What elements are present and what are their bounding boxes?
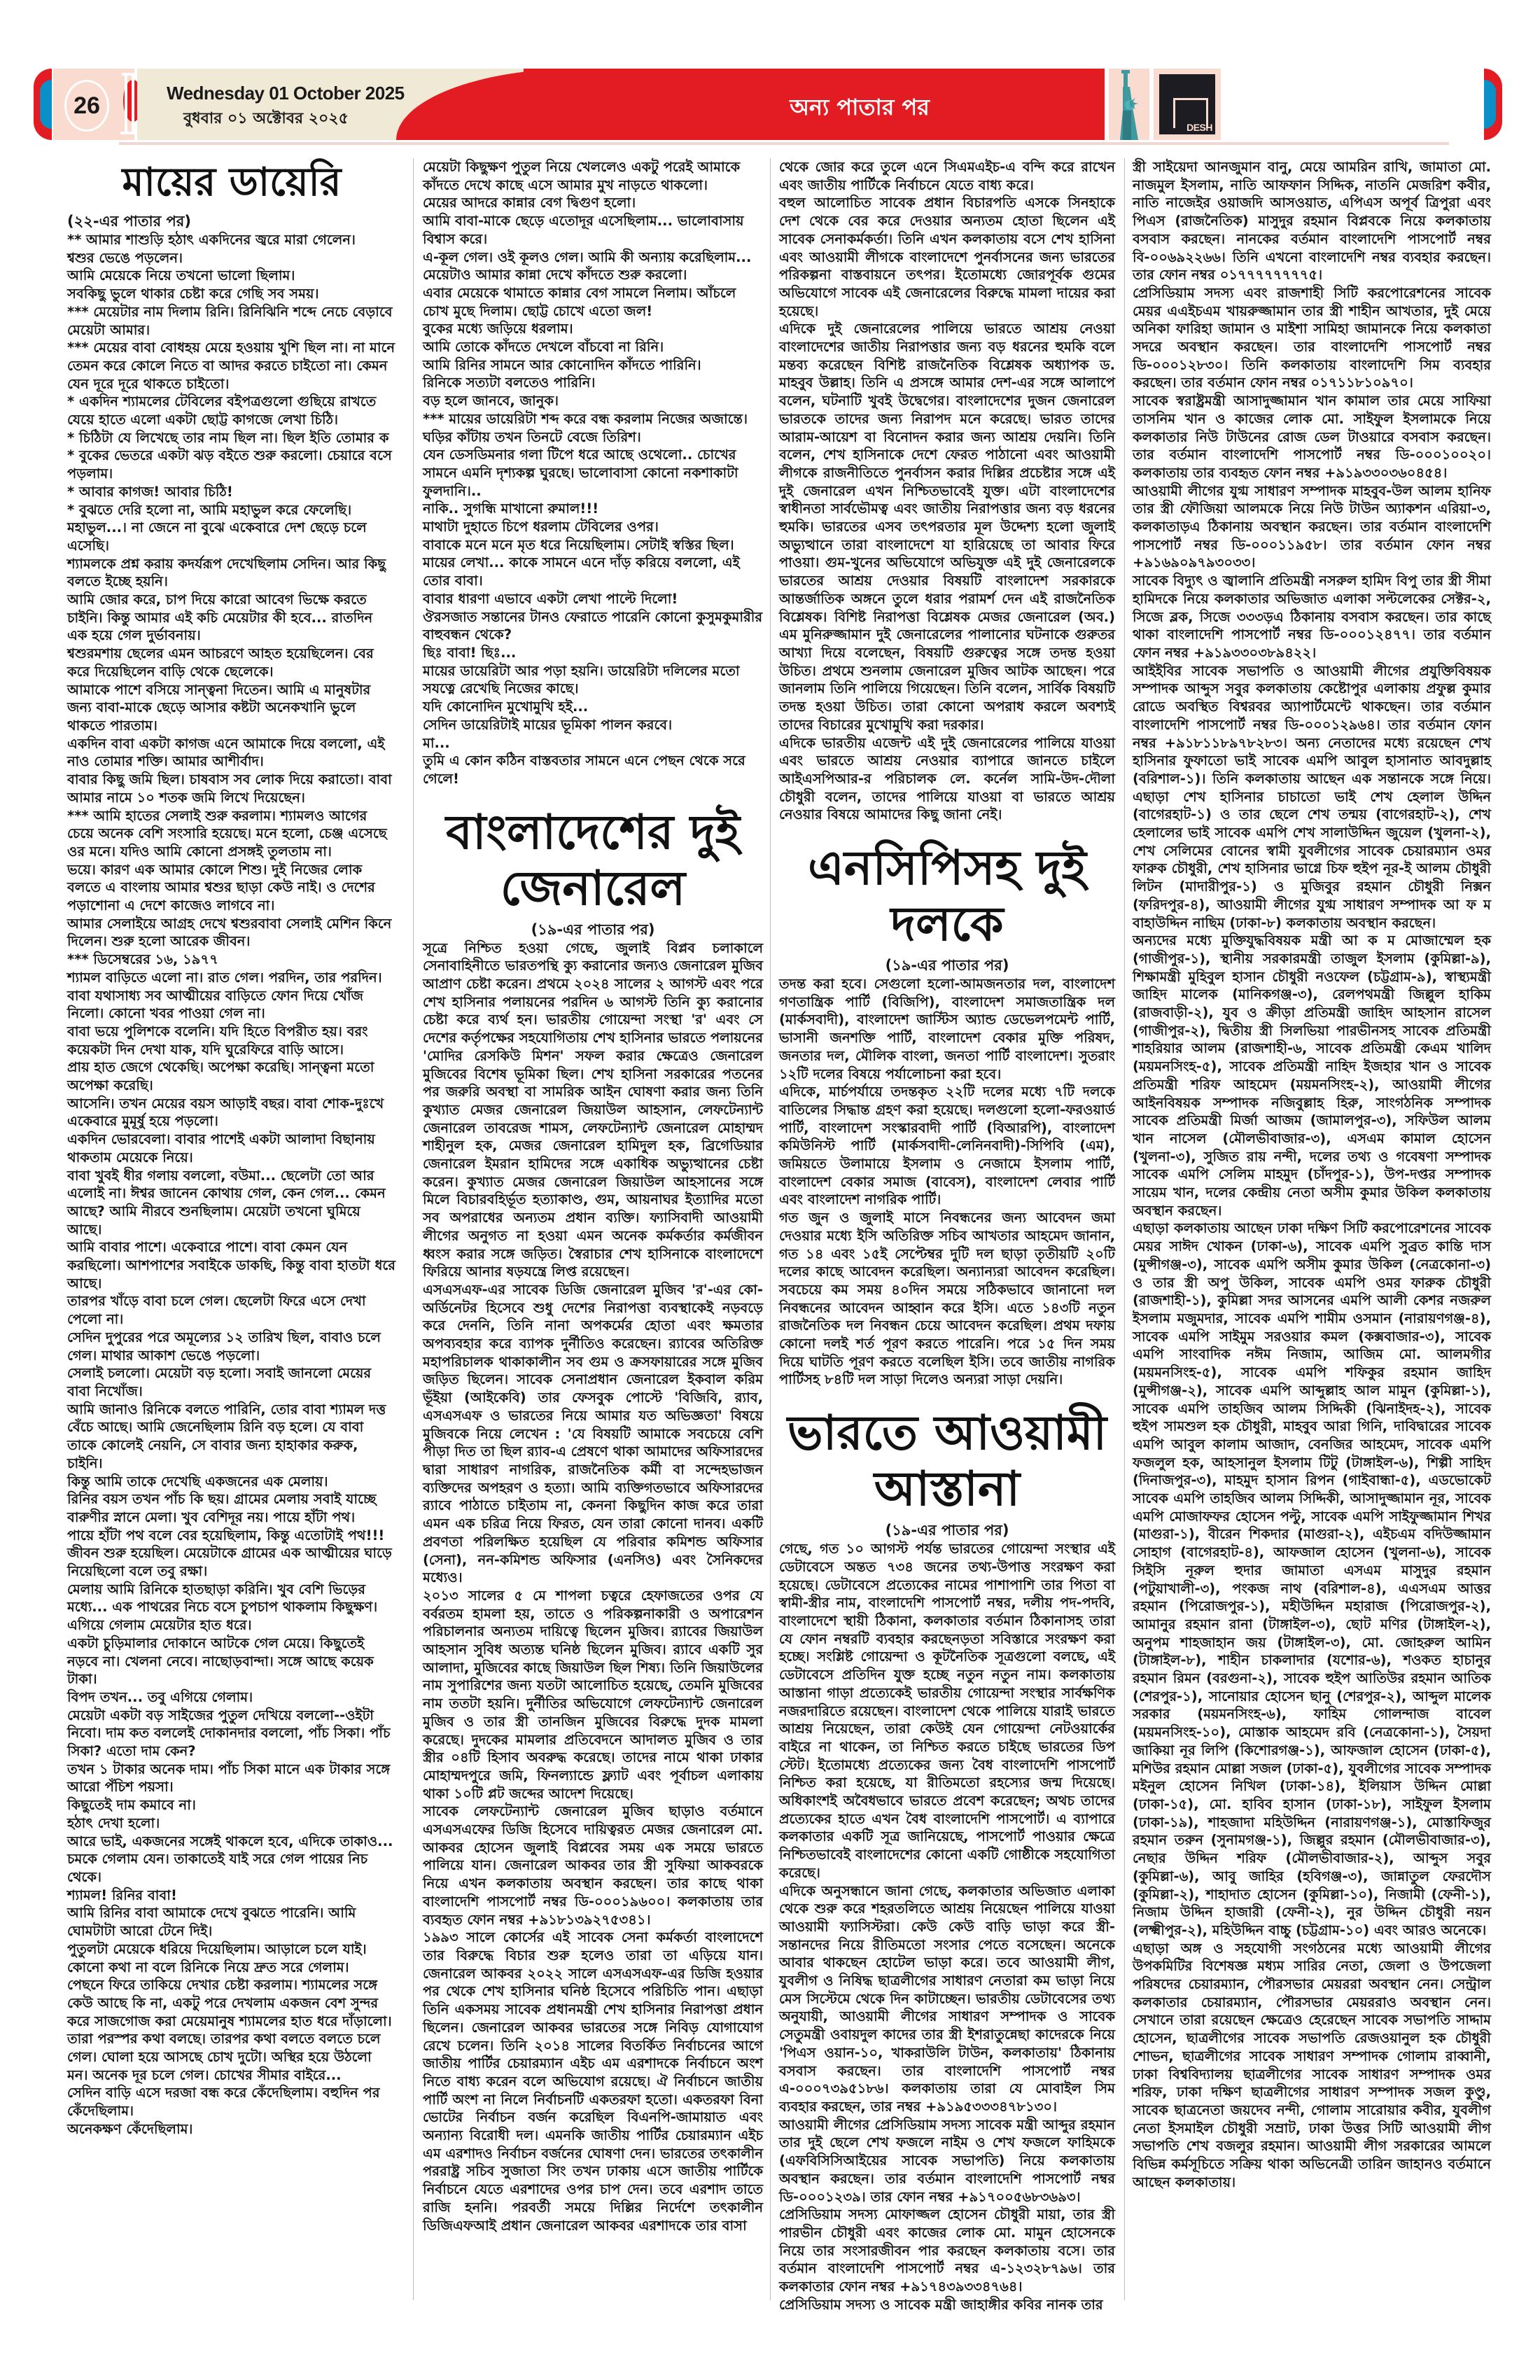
continued-from-note: (২২-এর পাতার পর) <box>67 211 396 231</box>
paragraph: সাবেক স্বরাষ্ট্রমন্ত্রী আসাদুজ্জামান খান… <box>1133 392 1491 482</box>
paragraph: প্রেসিডিয়াম সদস্য মোফাজ্জল হোসেন চৌধুরী… <box>779 2206 1115 2296</box>
column-divider <box>1124 158 1125 2300</box>
paragraph: * চিঠিটা যে লিখেছে তার নাম ছিল না। ছিল ই… <box>67 429 396 447</box>
paragraph: মেলায় আমি রিনিকে হাতছাড়া করিনি। খুব বে… <box>67 1581 396 1616</box>
paragraph: তারা পরস্পর কথা বলছে। তারপর কথা বলতে বলত… <box>67 2030 396 2084</box>
paragraph: আমি বাবা-মাকে ছেড়ে এতোদূর এসেছিলাম... ভ… <box>423 212 763 230</box>
article-headline: বাংলাদেশের দুই জেনারেল <box>423 805 763 917</box>
column-divider <box>413 158 414 2300</box>
paragraph: এবার মেয়েকে থামাতে কান্নার বেগ সামলে নি… <box>423 284 763 320</box>
paragraph: আমার সেলাইয়ে আগ্রহ দেখে শ্বশুরবাবা সেলা… <box>67 915 396 951</box>
paragraph: আওয়ামী লীগের যুগ্ম সাধারণ সম্পাদক মাহবু… <box>1133 482 1491 573</box>
paragraph: এছাড়া অঙ্গ ও সহযোগী সংগঠনের মধ্যে আওয়া… <box>1133 1940 1491 2192</box>
article-mayer-diary: মায়ের ডায়েরি (২২-এর পাতার পর) ** আমার … <box>67 158 396 2138</box>
page-number: 26 <box>64 80 109 132</box>
continued-from-note: (১৯-এর পাতার পর) <box>779 955 1115 975</box>
paragraph: মেয়েটা একটা বড় সাইজের পুতুল দেখিয়ে বল… <box>67 1707 396 1760</box>
paragraph: একদিন বাবা একটা কাগজ এনে আমাকে দিয়ে বলল… <box>67 735 396 771</box>
section-title: অন্য পাতার পর <box>727 90 993 127</box>
paragraph: *** আমি হাতের সেলাই শুরু করলাম। শ্যামলও … <box>67 807 396 861</box>
paragraph: আসেনি। তখন মেয়ের বয়স আড়াই বছর। বাবা শ… <box>67 1095 396 1130</box>
article-headline: এনসিপিসহ দুই দলকে <box>779 841 1115 953</box>
article-headline: ভারতে আওয়ামী আস্তানা <box>779 1406 1115 1518</box>
paragraph: বাবার কিছু জমি ছিল। চাষবাস সব লোক দিয়ে … <box>67 771 396 806</box>
paragraph: থেকে জোর করে তুলে এনে সিএমএইচ-এ বন্দি কর… <box>779 158 1115 194</box>
paragraph: যদি কোনোদিন মুখোমুখি হই... <box>423 698 763 716</box>
paragraph: কিছুতেই দাম কমাবে না। <box>67 1796 396 1814</box>
desh-logo-icon: DESH <box>1154 69 1221 140</box>
paragraph: তারপর খাঁড়ে বাবা চলে গেল। ছেলেটা ফিরে এ… <box>67 1292 396 1328</box>
paragraph: মায়ের লেখা... কাকে সামনে এনে দাঁড় করিয… <box>423 554 763 589</box>
paragraph: সাবেক লেফটেন্যান্ট জেনারেল মুজিব ছাড়াও … <box>423 1802 763 1928</box>
paragraph: * বুকের ভেতরে একটা ঝড় বইতে শুরু করলো। চ… <box>67 447 396 482</box>
logo-text: DESH <box>1186 122 1212 133</box>
paragraph: শ্যামলকে প্রশ্ন করায় কদর্যরূপ দেখেছিলাম… <box>67 555 396 591</box>
paragraph: বিপদ তখন... তবু এগিয়ে গেলাম। <box>67 1688 396 1707</box>
paragraph: মায়ের ডায়েরিটা আর পড়া হয়নি। ডায়েরিট… <box>423 662 763 698</box>
paragraph: একটা চুড়িমালার দোকানে আটকে গেল মেয়ে। ক… <box>67 1634 396 1688</box>
paragraph: পায়ে হাঁটা পথ বলে বের হয়েছিলাম, কিন্তু… <box>67 1527 396 1581</box>
paragraph: হঠাৎ দেখা হলো। <box>67 1814 396 1833</box>
paragraph: আমি জোর করে, চাপ দিয়ে কারো আবেগ ভিক্ষে … <box>67 591 396 645</box>
paragraph: বড় হলে জানবে, জানুক। <box>423 392 763 410</box>
paragraph: কিন্তু আমি তাকে দেখেছি একজনের এক মেলায়। <box>67 1473 396 1491</box>
paragraph: মেয়ের আদরে কান্নার বেগ দ্বিগুণ হলো। <box>423 194 763 212</box>
paragraph: একদিন ভোরবেলা। বাবার পাশেই একটা আলাদা বি… <box>67 1130 396 1166</box>
paragraph: সেদিন দুপুরের পরে অমূল্যের ১২ তারিখ ছিল,… <box>67 1329 396 1364</box>
paragraph: ** আমার শাশুড়ি হঠাৎ একদিনের জ্বরে মারা … <box>67 231 396 249</box>
continued-from-note: (১৯-এর পাতার পর) <box>423 920 763 939</box>
paragraph: এদিকে দুই জেনারেলের পালিয়ে ভারতে আশ্রয়… <box>779 320 1115 734</box>
paragraph: তখন ১ টাকার অনেক দাম। পাঁচ সিকা মানে এক … <box>67 1760 396 1796</box>
paragraph: আমি রিনির বাবা আমাকে দেখে বুঝতে পারেনি। … <box>67 1904 396 1940</box>
paragraph: আমি জানাও রিনিকে বলতে পারিনি, তোর বাবা শ… <box>67 1401 396 1473</box>
paragraph: প্রেসিডিয়াম সদস্য ও সাবেক মন্ত্রী জাহাঙ… <box>779 2296 1115 2314</box>
paragraph: সূত্রে নিশ্চিত হওয়া গেছে, জুলাই বিপ্লব … <box>423 939 763 1281</box>
paragraph: প্রেসিডিয়াম সদস্য এবং রাজশাহী সিটি করপো… <box>1133 284 1491 392</box>
paragraph: বিশ্বাস করে। <box>423 230 763 248</box>
paragraph: সেলাই চললো। মেয়েটা বড় হলো। সবাই জানলো … <box>67 1364 396 1400</box>
paragraph: যেন ডেসডিমনার গলা টিপে ধরে আছে ওথেলো.. চ… <box>423 446 763 500</box>
paragraph: বাবার ধারণা এভাবে একটা লেখা পাল্টে দিলো! <box>423 590 763 608</box>
paragraph: তদন্ত করা হবে। সেগুলো হলো-আমজনতার দল, বা… <box>779 975 1115 1083</box>
paragraph: *** ডিসেম্বরের ১৬, ১৯৭৭ <box>67 951 396 969</box>
paragraph: ঘড়ির কাঁটায় তখন তিনটে বেজে তিরিশ। <box>423 428 763 447</box>
paragraph: বাবাকে মনে মনে মৃত ধরে নিয়েছিলাম। সেটাই… <box>423 536 763 554</box>
paragraph: রিনির বয়স তখন পাঁচ কি ছয়। গ্রামের মেলা… <box>67 1490 396 1526</box>
date-english: Wednesday 01 October 2025 <box>167 83 405 104</box>
header-left-cap <box>34 69 52 140</box>
paragraph: ভয়ে। কারণ এক আমার কোলে শিশু। দুই নিজের … <box>67 861 396 915</box>
date-bangla: বুধবার ০১ অক্টোবর ২০২৫ <box>183 106 349 132</box>
paragraph: গত জুন ও জুলাই মাসে নিবন্ধনের জন্য আবেদন… <box>779 1209 1115 1389</box>
paragraph: আওয়ামী লীগের প্রেসিডিয়াম সদস্য সাবেক ম… <box>779 2116 1115 2206</box>
paragraph: আইইবির সাবেক সভাপতি ও আওয়ামী লীগের প্রয… <box>1133 662 1491 932</box>
header-rule <box>119 142 1449 145</box>
paragraph: সবকিছু ভুলে থাকার চেষ্টা করে গেছি সব সময… <box>67 285 396 303</box>
paragraph: আমাকে পাশে বসিয়ে সান্ত্বনা দিতেন। আমি এ… <box>67 681 396 735</box>
paragraph: আমি রিনির সামনে আর কোনোদিন কাঁদতে পারিনি… <box>423 356 763 374</box>
article-headline: মায়ের ডায়েরি <box>67 160 396 206</box>
paragraph: মেয়েটা কিছুক্ষণ পুতুল নিয়ে খেললেও একটু… <box>423 158 763 194</box>
paragraph: সেদিন বাড়ি এসে দরজা বন্ধ করে কেঁদেছিলাম… <box>67 2084 396 2120</box>
paragraph: শ্যামল বাড়িতে এলো না। রাত গেল। পরদিন, ত… <box>67 969 396 1023</box>
paragraph: ঔরসজাত সন্তানের টানও ফেরাতে পারেনি কোনো … <box>423 608 763 644</box>
paragraph: সাবেক বিদ্যুৎ ও জ্বালানি প্রতিমন্ত্রী নস… <box>1133 572 1491 662</box>
column-four: স্ত্রী সাইয়েদা আনজুমান বানু, মেয়ে আমরি… <box>1133 158 1491 2191</box>
paragraph: এদিকে ভারতীয় এজেন্ট এই দুই জেনারেলের পা… <box>779 734 1115 825</box>
paragraph: আরে ভাই, একজনের সঙ্গেই থাকলে হবে, এদিকে … <box>67 1833 396 1886</box>
paragraph: বুকের মধ্যে জড়িয়ে ধরলাম। <box>423 320 763 338</box>
column-divider <box>770 158 771 2300</box>
paragraph: অনেকক্ষণ কেঁদেছিলাম। <box>67 2120 396 2138</box>
paragraph: * একদিন শ্যামলের টেবিলের বইপত্রগুলো গুছি… <box>67 393 396 428</box>
paragraph: প্রায় হাত জেগে থেকেছি। অপেক্ষা করেছি। স… <box>67 1058 396 1094</box>
paragraph: এসএসএফ-এর সাবেক ডিজি জেনারেল মুজিব 'র'-এ… <box>423 1281 763 1587</box>
column-three: থেকে জোর করে তুলে এনে সিএমএইচ-এ বন্দি কর… <box>779 158 1115 2313</box>
paragraph: *** মেয়েটার নাম দিলাম রিনি। রিনিঝিনি শব… <box>67 303 396 339</box>
paragraph: শ্বশুর ভেঙে পড়লেন। <box>67 249 396 267</box>
paragraph: মাথাটা দুহাতে চিপে ধরলাম টেবিলের ওপর। <box>423 518 763 536</box>
paragraph: এদিকে, মার্চপর্যায়ে তদন্তকৃত ২২টি দলের … <box>779 1083 1115 1209</box>
paragraph: বাবা খুবই ধীর গলায় বললো, বউমা... ছেলেটা… <box>67 1167 396 1239</box>
paragraph: সেদিন ডায়েরিটাই মায়ের ভূমিকা পালন করবে… <box>423 716 763 734</box>
paragraph: মেয়েটাও আমার কান্না দেখে কাঁদতে শুরু কর… <box>423 266 763 284</box>
paragraph: বাবা ভয়ে পুলিশকে বলেনি। যদি হিতে বিপরীত… <box>67 1023 396 1058</box>
paragraph: ১৯৯৩ সালে কোর্সের এই সাবেক সেনা কর্মকর্ত… <box>423 1928 763 2234</box>
paragraph: তুমি এ কোন কঠিন বাস্তবতার সামনে এনে পেছন… <box>423 752 763 787</box>
paragraph: মা... <box>423 734 763 752</box>
paragraph: আমি মেয়েকে নিয়ে তখনো ভালো ছিলাম। <box>67 267 396 285</box>
paragraph: এগিয়ে গেলাম মেয়েটার হাত ধরে। <box>67 1616 396 1634</box>
paragraph: এ-কূল গেল। ওই কূলও গেল। আমি কী অন্যায় ক… <box>423 248 763 267</box>
paragraph: রিনিকে সত্যটা বলতেও পারিনি। <box>423 374 763 392</box>
paragraph: গেছে, গত ১০ আগস্ট পর্যন্ত ভারতের গোয়েন্… <box>779 1540 1115 1882</box>
paragraph: স্ত্রী সাইয়েদা আনজুমান বানু, মেয়ে আমরি… <box>1133 158 1491 284</box>
paragraph: আমি তোকে কাঁদতে দেখলে বাঁচবো না রিনি। <box>423 338 763 356</box>
paragraph: বহুল আলোচিত সাবেক প্রধান বিচারপতি এসকে স… <box>779 194 1115 320</box>
continued-from-note: (১৯-এর পাতার পর) <box>779 1520 1115 1540</box>
page-number-box: 26 <box>53 69 134 140</box>
paragraph: অন্যদের মধ্যে মুক্তিযুদ্ধবিষয়ক মন্ত্রী … <box>1133 932 1491 1219</box>
paragraph: পুতুলটা মেয়েকে ধরিয়ে দিয়েছিলাম। আড়াল… <box>67 1940 396 1976</box>
paragraph: * বুঝতে দেরি হলো না, আমি মহাভুল করে ফেলে… <box>67 501 396 555</box>
paragraph: শ্বশুরমশায় ছেলের এমন আচরণে আহত হয়েছিলে… <box>67 645 396 680</box>
paragraph: এছাড়া কলকাতায় আছেন ঢাকা দক্ষিণ সিটি কর… <box>1133 1219 1491 1939</box>
paragraph: আমি বাবার পাশে। একেবারে পাশে। বাবা কেমন … <box>67 1238 396 1292</box>
paragraph: ২০১৩ সালের ৫ মে শাপলা চত্বরে হেফাজতের ওপ… <box>423 1587 763 1802</box>
column-two: মেয়েটা কিছুক্ষণ পুতুল নিয়ে খেললেও একটু… <box>423 158 763 2234</box>
paragraph: নাকি.. সুগন্ধি মাখানো রুমাল!!! <box>423 500 763 518</box>
paragraph: *** মেয়ের বাবা বোধহয় মেয়ে হওয়ায় খুশ… <box>67 339 396 393</box>
statue-of-liberty-icon <box>1109 69 1149 140</box>
header-right-cap <box>1484 69 1502 140</box>
paragraph: শ্যামল! রিনির বাবা! <box>67 1886 396 1905</box>
paragraph: এদিকে অনুসন্ধানে জানা গেছে, কলকাতার অভিজ… <box>779 1882 1115 2116</box>
paragraph: * আবার কাগজ! আবার চিঠি! <box>67 483 396 501</box>
paragraph: ছিঃ বাবা! ছিঃ... <box>423 644 763 662</box>
paragraph: *** মায়ের ডায়েরিটা শব্দ করে বন্ধ করলাম… <box>423 410 763 428</box>
page-header: 26 Wednesday 01 October 2025 বুধবার ০১ অ… <box>34 69 1506 143</box>
paragraph: পেছনে ফিরে তাকিয়ে দেখার চেষ্টা করলাম। শ… <box>67 1976 396 2030</box>
